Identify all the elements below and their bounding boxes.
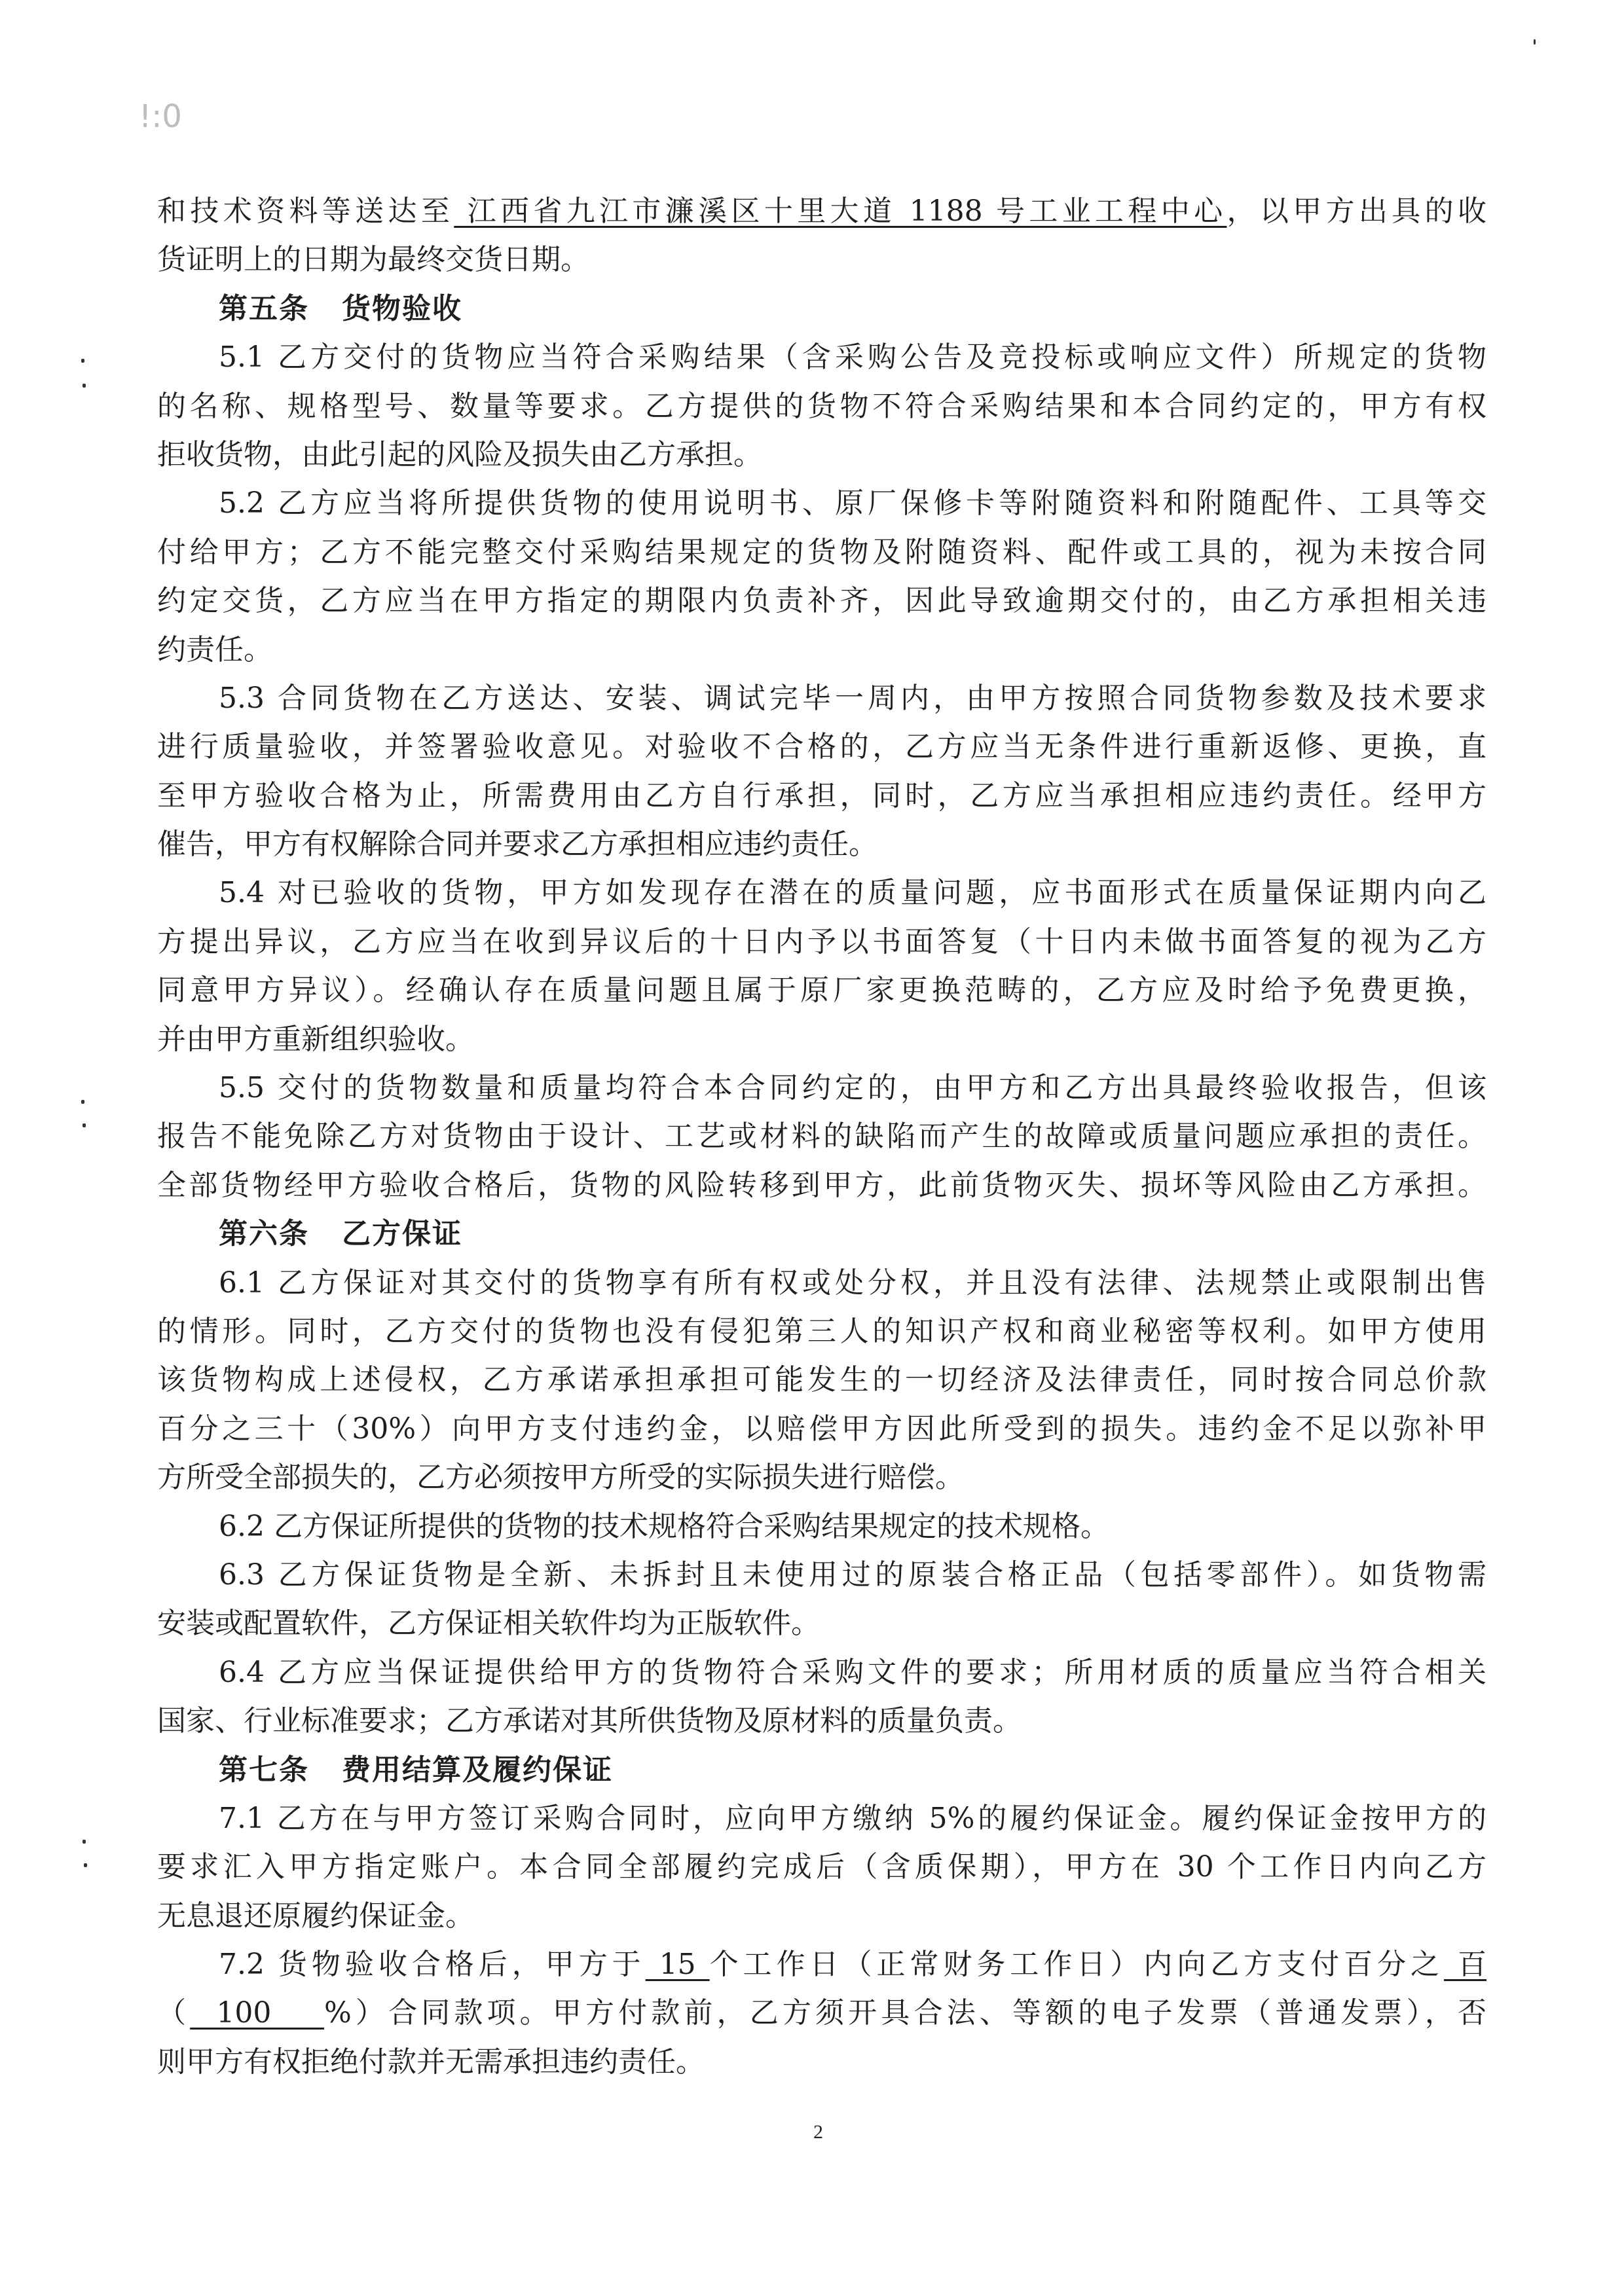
text-line: 至甲方验收合格为止，所需费用由乙方自行承担，同时，乙方应当承担相应违约责任。经甲… (157, 772, 1486, 820)
text-line: 约定交货，乙方应当在甲方指定的期限内负责补齐，因此导致逾期交付的，由乙方承担相关… (157, 577, 1486, 625)
clause-6-2: 6.2 乙方保证所提供的货物的技术规格符合采购结果规定的技术规格。 (157, 1503, 1486, 1551)
delivery-address: 江西省九江市濂溪区十里大道 1188 号工业工程中心 (454, 194, 1227, 228)
document-page: !:0 和技术资料等送达至 江西省九江市濂溪区十里大道 1188 号工业工程中心… (0, 0, 1624, 2296)
text-line: 的情形。同时，乙方交付的货物也没有侵犯第三人的知识产权和商业秘密等权利。如甲方使… (157, 1307, 1486, 1356)
margin-dot (83, 1123, 86, 1127)
clause-5-3: 5.3 合同货物在乙方送达、安装、调试完毕一周内，由甲方按照合同货物参数及技术要… (157, 674, 1486, 723)
text-line: 和技术资料等送达至 江西省九江市濂溪区十里大道 1188 号工业工程中心，以甲方… (157, 187, 1486, 236)
payment-percent-number-field: 100 (190, 1996, 324, 2030)
text-line: 方所受全部损失的，乙方必须按甲方所受的实际损失进行赔偿。 (157, 1453, 1486, 1502)
text-line: 无息退还原履约保证金。 (157, 1892, 1486, 1941)
text-line: 同意甲方异议）。经确认存在质量问题且属于原厂家更换范畴的，乙方应及时给予免费更换… (157, 966, 1486, 1015)
text-line: 百分之三十（30%）向甲方支付违约金，以赔偿甲方因此所受到的损失。违约金不足以弥… (157, 1405, 1486, 1453)
clause-5-2: 5.2 乙方应当将所提供货物的使用说明书、原厂保修卡等附随资料和附随配件、工具等… (157, 479, 1486, 528)
clause-7-2: 7.2 货物验收合格后，甲方于 15 个工作日（正常财务工作日）内向乙方支付百分… (157, 1941, 1486, 1989)
clause-7-1: 7.1 乙方在与甲方签订采购合同时，应向甲方缴纳 5%的履约保证金。履约保证金按… (157, 1795, 1486, 1843)
margin-dot (83, 384, 86, 388)
contract-body: 和技术资料等送达至 江西省九江市濂溪区十里大道 1188 号工业工程中心，以甲方… (157, 187, 1486, 2086)
margin-dot (83, 1840, 86, 1844)
article-heading-6: 第六条乙方保证 (157, 1210, 1486, 1258)
margin-dot (81, 359, 84, 363)
text-line: 方提出异议，乙方应当在收到异议后的十日内予以书面答复（十日内未做书面答复的视为乙… (157, 918, 1486, 966)
payment-percent-word-field: 百 (1444, 1948, 1486, 1981)
clause-5-1: 5.1 乙方交付的货物应当符合采购结果（含采购公告及竞投标或响应文件）所规定的货… (157, 333, 1486, 382)
text-line: 约责任。 (157, 626, 1486, 674)
text-line: 进行质量验收，并签署验收意见。对验收不合格的，乙方应当无条件进行重新返修、更换，… (157, 723, 1486, 771)
text-line: 货证明上的日期为最终交货日期。 (157, 236, 1486, 284)
margin-dot (84, 1863, 87, 1867)
clause-6-4: 6.4 乙方应当保证提供给甲方的货物符合采购文件的要求；所用材质的质量应当符合相… (157, 1649, 1486, 1697)
text-line: 付给甲方；乙方不能完整交付采购结果规定的货物及附随资料、配件或工具的，视为未按合… (157, 528, 1486, 577)
text-line: 拒收货物，由此引起的风险及损失由乙方承担。 (157, 431, 1486, 479)
text-line: 全部货物经甲方验收合格后，货物的风险转移到甲方，此前货物灭失、损坏等风险由乙方承… (157, 1161, 1486, 1210)
text-line: （ 100 %）合同款项。甲方付款前，乙方须开具合法、等额的电子发票（普通发票）… (157, 1989, 1486, 2037)
text-line: 要求汇入甲方指定账户。本合同全部履约完成后（含质保期），甲方在 30 个工作日内… (157, 1843, 1486, 1891)
text-line: 催告，甲方有权解除合同并要求乙方承担相应违约责任。 (157, 820, 1486, 869)
text-line: 并由甲方重新组织验收。 (157, 1015, 1486, 1064)
clause-5-5: 5.5 交付的货物数量和质量均符合本合同约定的，由甲方和乙方出具最终验收报告，但… (157, 1064, 1486, 1112)
article-heading-5: 第五条货物验收 (157, 285, 1486, 333)
margin-dot (1534, 39, 1536, 45)
text-line: 则甲方有权拒绝付款并无需承担违约责任。 (157, 2038, 1486, 2086)
clause-5-4: 5.4 对已验收的货物，甲方如发现存在潜在的质量问题，应书面形式在质量保证期内向… (157, 869, 1486, 917)
article-heading-7: 第七条费用结算及履约保证 (157, 1746, 1486, 1795)
text-line: 该货物构成上述侵权，乙方承诺承担承担可能发生的一切经济及法律责任，同时按合同总价… (157, 1356, 1486, 1404)
text-line: 国家、行业标准要求；乙方承诺对其所供货物及原材料的质量负责。 (157, 1697, 1486, 1745)
scan-artifact-mark: !:0 (139, 98, 182, 135)
text-line: 的名称、规格型号、数量等要求。乙方提供的货物不符合采购结果和本合同约定的，甲方有… (157, 382, 1486, 431)
text-line: 报告不能免除乙方对货物由于设计、工艺或材料的缺陷而产生的故障或质量问题应承担的责… (157, 1112, 1486, 1161)
clause-6-3: 6.3 乙方保证货物是全新、未拆封且未使用过的原装合格正品（包括零部件）。如货物… (157, 1551, 1486, 1599)
page-number: 2 (813, 2121, 823, 2143)
payment-days-field: 15 (646, 1948, 710, 1981)
clause-6-1: 6.1 乙方保证对其交付的货物享有所有权或处分权，并且没有法律、法规禁止或限制出… (157, 1259, 1486, 1307)
text-line: 安装或配置软件，乙方保证相关软件均为正版软件。 (157, 1599, 1486, 1648)
margin-dot (81, 1100, 84, 1104)
